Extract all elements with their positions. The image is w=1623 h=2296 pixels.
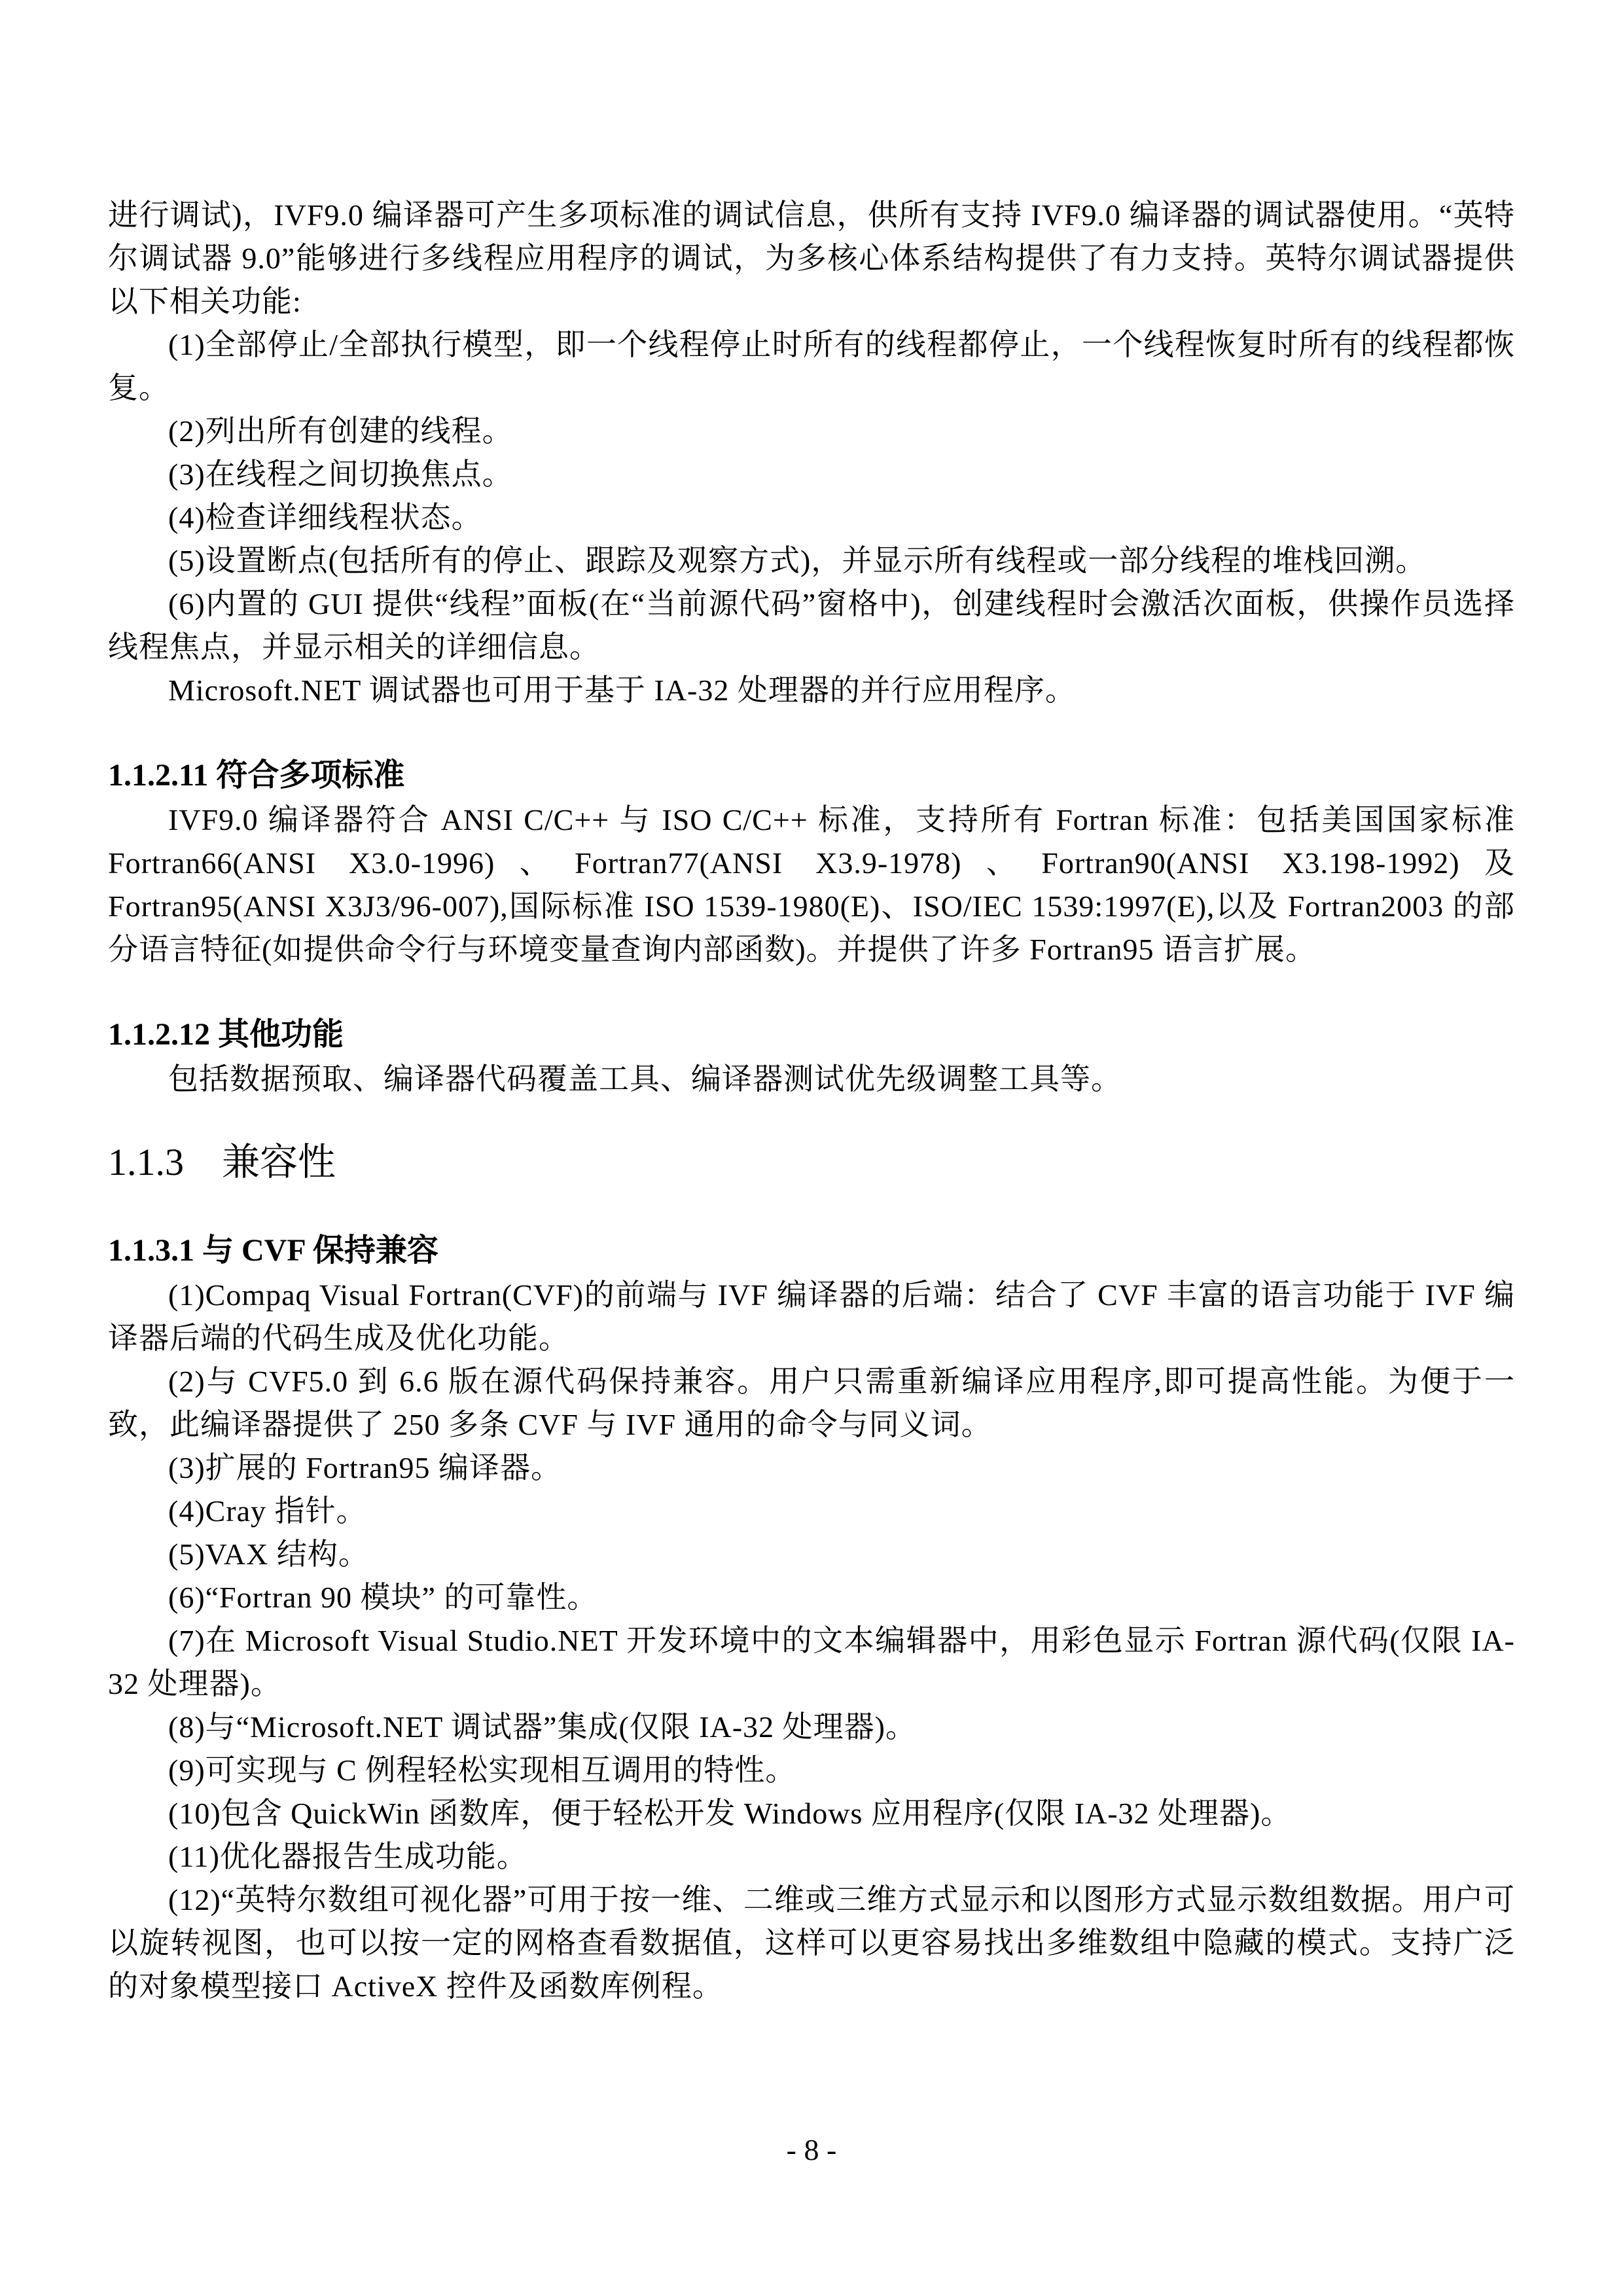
cvf-compat-item-5: (5)VAX 结构。	[108, 1533, 1515, 1576]
document-page: 进行调试)，IVF9.0 编译器可产生多项标准的调试信息，供所有支持 IVF9.…	[0, 0, 1623, 2296]
debugger-feature-item-4: (4)检查详细线程状态。	[108, 496, 1515, 539]
debugger-feature-item-5: (5)设置断点(包括所有的停止、跟踪及观察方式)，并显示所有线程或一部分线程的堆…	[108, 539, 1515, 583]
cvf-compat-item-3: (3)扩展的 Fortran95 编译器。	[108, 1446, 1515, 1490]
section-heading-1-1-3: 1.1.3 兼容性	[108, 1138, 1515, 1187]
cvf-compat-item-12: (12)“英特尔数组可视化器”可用于按一维、二维或三维方式显示和以图形方式显示数…	[108, 1878, 1515, 2008]
debugger-feature-item-3: (3)在线程之间切换焦点。	[108, 453, 1515, 496]
paragraph-debug-info-continuation: 进行调试)，IVF9.0 编译器可产生多项标准的调试信息，供所有支持 IVF9.…	[108, 194, 1515, 323]
cvf-compat-item-9: (9)可实现与 C 例程轻松实现相互调用的特性。	[108, 1749, 1515, 1792]
page-number: - 8 -	[0, 2128, 1623, 2172]
document-content: 进行调试)，IVF9.0 编译器可产生多项标准的调试信息，供所有支持 IVF9.…	[108, 194, 1515, 2008]
cvf-compat-item-11: (11)优化器报告生成功能。	[108, 1835, 1515, 1878]
section-heading-1-1-2-12: 1.1.2.12 其他功能	[108, 1012, 1515, 1058]
cvf-compat-item-10: (10)包含 QuickWin 函数库，便于轻松开发 Windows 应用程序(…	[108, 1792, 1515, 1835]
cvf-compat-item-6: (6)“Fortran 90 模块” 的可靠性。	[108, 1576, 1515, 1619]
debugger-feature-item-6: (6)内置的 GUI 提供“线程”面板(在“当前源代码”窗格中)，创建线程时会激…	[108, 583, 1515, 669]
section-heading-1-1-3-1: 1.1.3.1 与 CVF 保持兼容	[108, 1228, 1515, 1274]
debugger-feature-item-2: (2)列出所有创建的线程。	[108, 410, 1515, 453]
paragraph-other-features: 包括数据预取、编译器代码覆盖工具、编译器测试优先级调整工具等。	[108, 1058, 1515, 1101]
cvf-compat-item-7: (7)在 Microsoft Visual Studio.NET 开发环境中的文…	[108, 1619, 1515, 1706]
cvf-compat-item-2: (2)与 CVF5.0 到 6.6 版在源代码保持兼容。用户只需重新编译应用程序…	[108, 1360, 1515, 1446]
debugger-feature-item-1: (1)全部停止/全部执行模型，即一个线程停止时所有的线程都停止，一个线程恢复时所…	[108, 323, 1515, 410]
cvf-compat-item-4: (4)Cray 指针。	[108, 1490, 1515, 1533]
paragraph-standards-compliance: IVF9.0 编译器符合 ANSI C/C++ 与 ISO C/C++ 标准，支…	[108, 798, 1515, 971]
paragraph-microsoft-net-debugger: Microsoft.NET 调试器也可用于基于 IA-32 处理器的并行应用程序…	[108, 669, 1515, 712]
section-heading-1-1-2-11: 1.1.2.11 符合多项标准	[108, 753, 1515, 798]
cvf-compat-item-1: (1)Compaq Visual Fortran(CVF)的前端与 IVF 编译…	[108, 1274, 1515, 1360]
cvf-compat-item-8: (8)与“Microsoft.NET 调试器”集成(仅限 IA-32 处理器)。	[108, 1706, 1515, 1749]
